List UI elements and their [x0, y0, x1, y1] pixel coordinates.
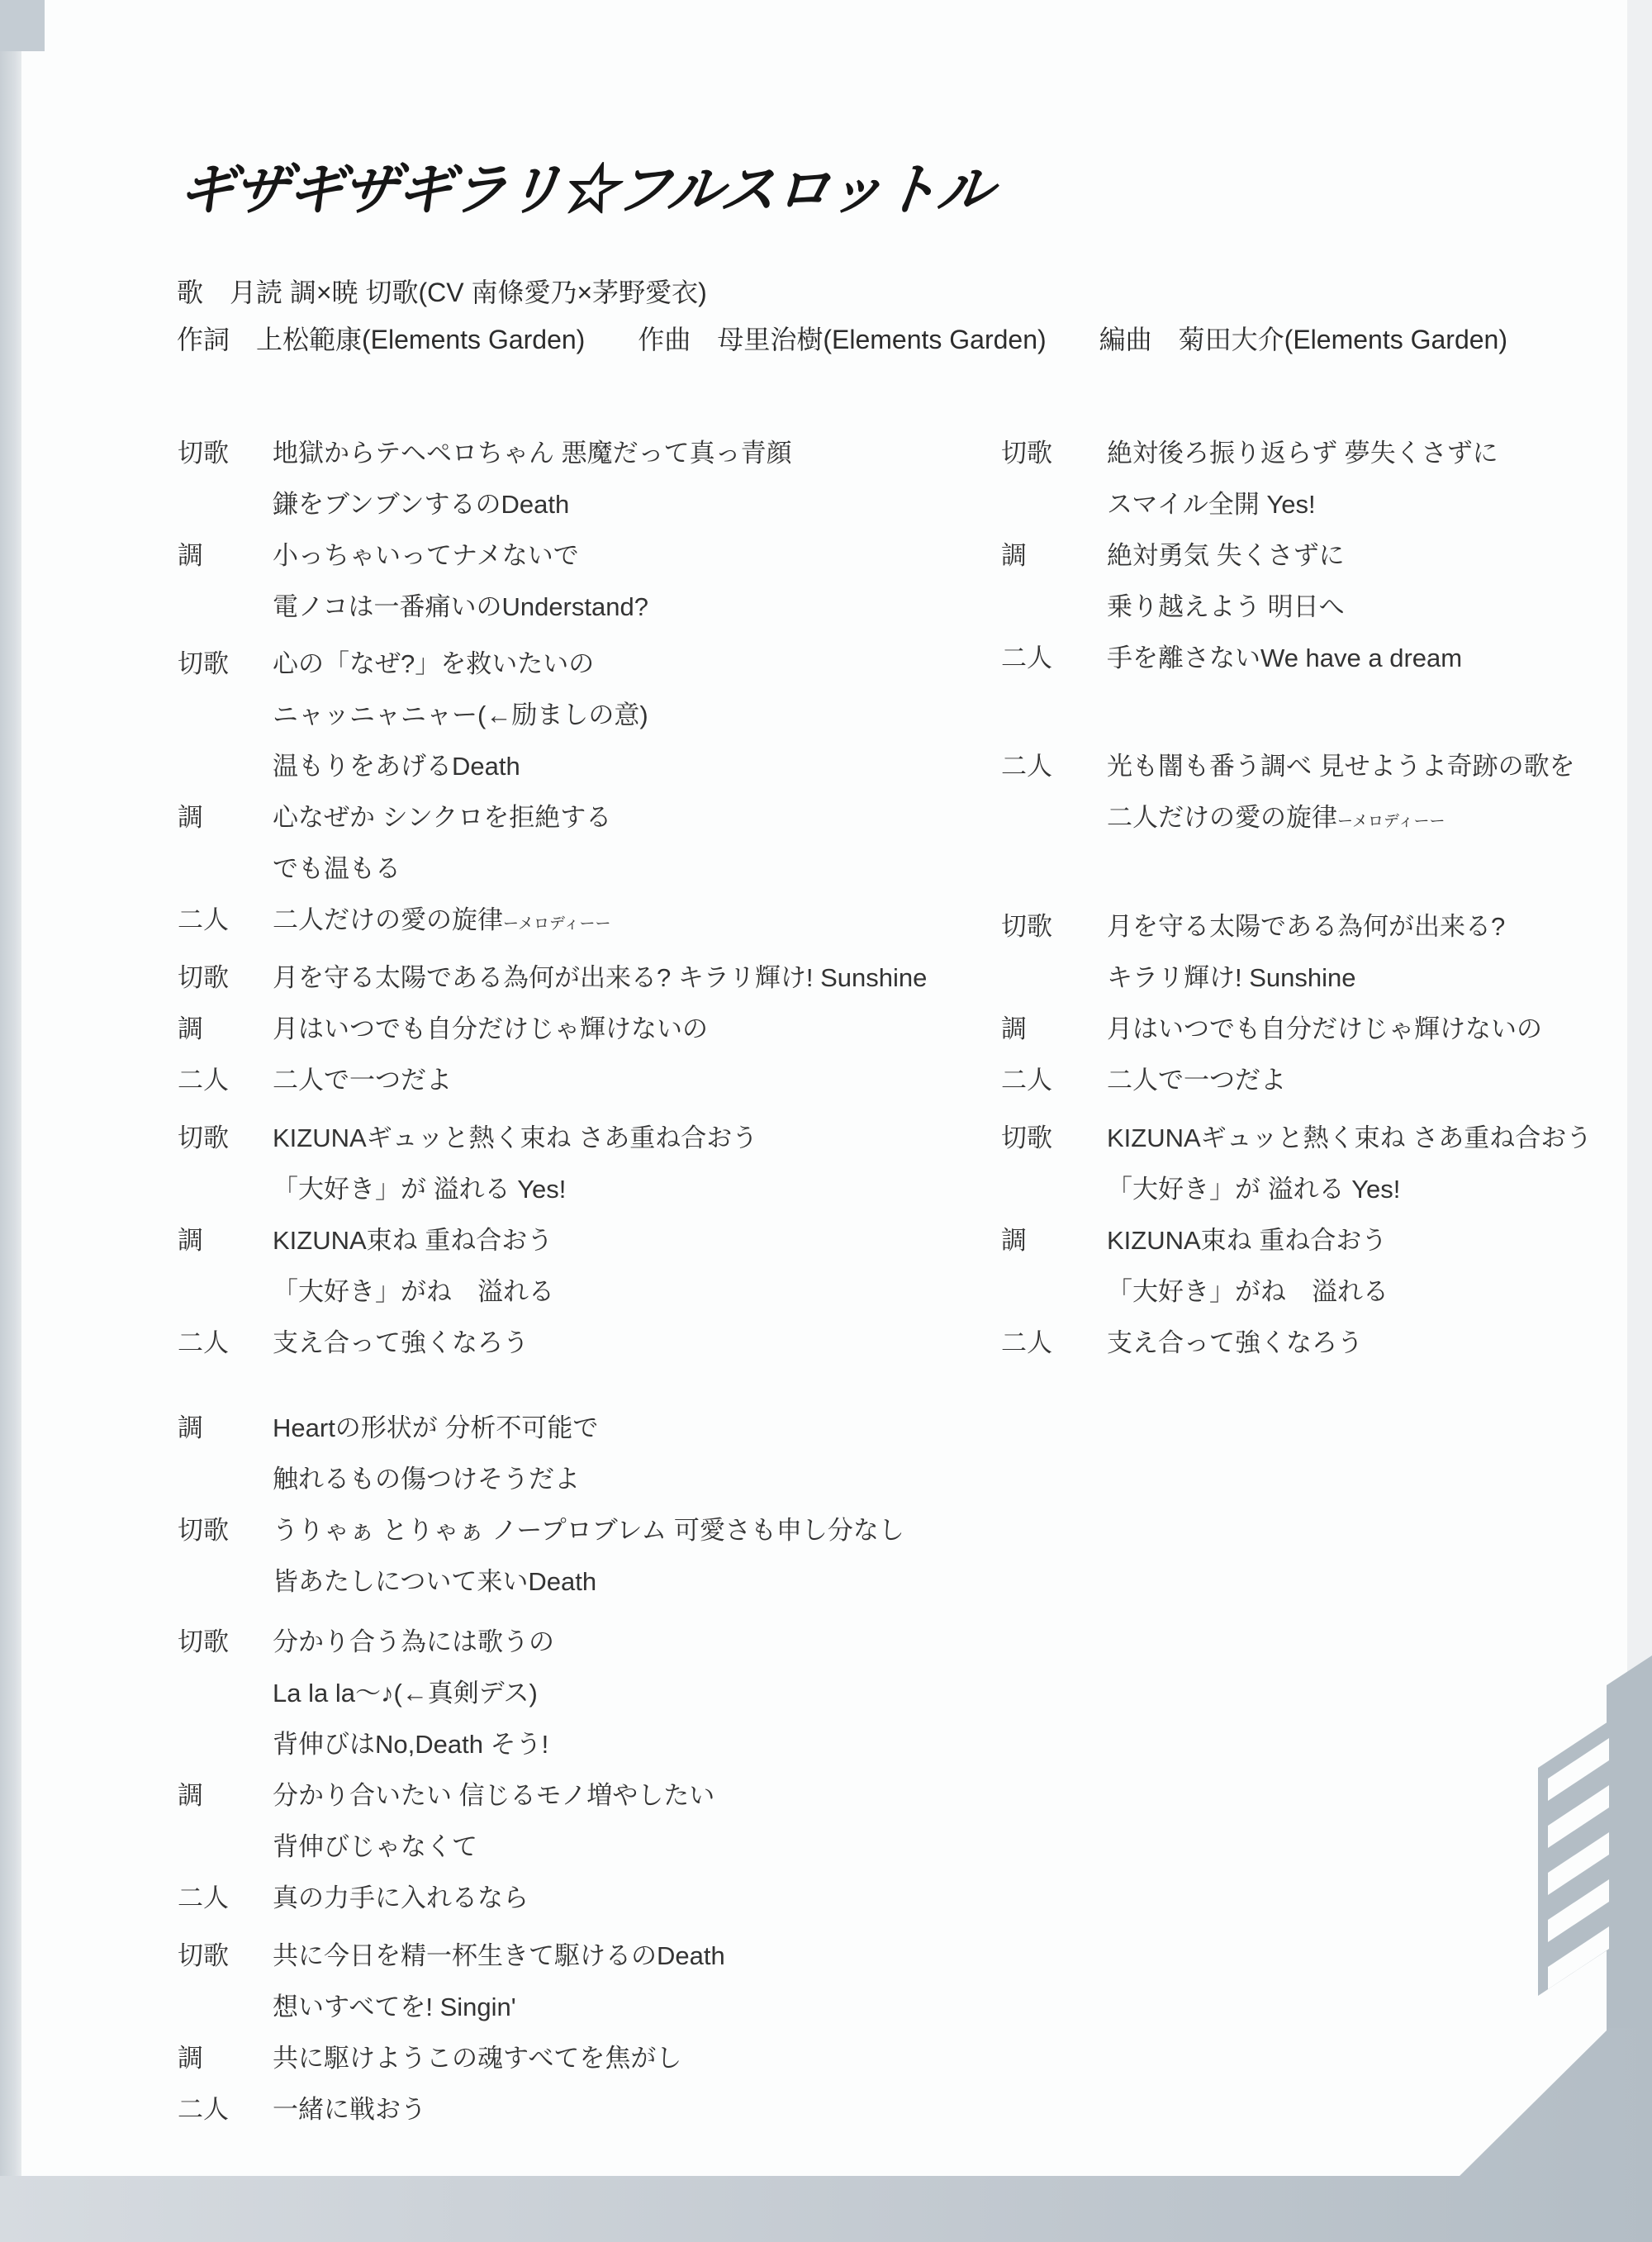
corner-decoration	[0, 0, 1652, 2242]
lyrics-booklet-page: ギザギザギラリ☆フルスロットル 歌 月読 調×暁 切歌(CV 南條愛乃×茅野愛衣…	[0, 0, 1652, 2242]
decoration-bottom-band	[0, 2028, 1652, 2242]
